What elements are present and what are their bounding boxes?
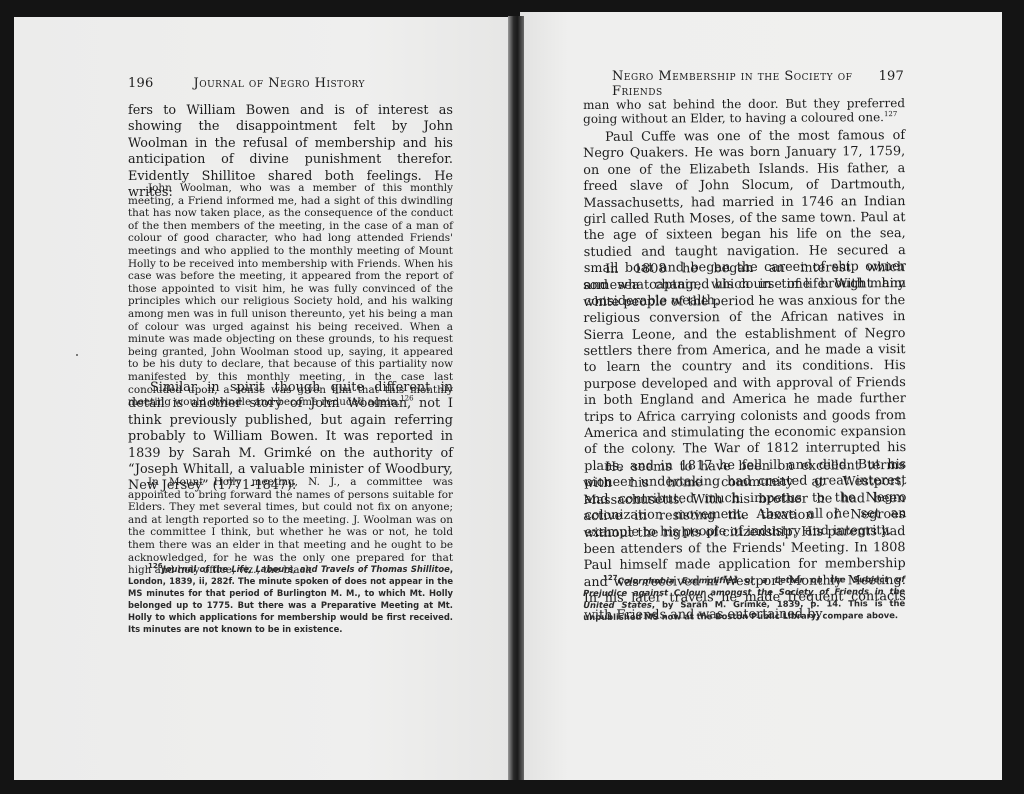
paragraph-body: man who sat behind the door. But they pr…	[583, 96, 905, 126]
footnote-text: 127Colorphobia Exemplified or a Letter o…	[583, 573, 905, 623]
right-page-number: 197	[879, 69, 904, 84]
right-article-title: Negro Membership in the Society of Frien…	[612, 69, 879, 99]
right-running-head: Negro Membership in the Society of Frien…	[612, 69, 904, 99]
footnote-title: Journal of the Life, Labours, and Travel…	[163, 564, 450, 574]
left-block-quote-2: In Mount Holly meeting, N. J., a committ…	[128, 476, 453, 577]
quote-text: John Woolman, who was a member of this m…	[128, 182, 453, 409]
footnote-127: 127Colorphobia Exemplified or a Letter o…	[583, 573, 905, 623]
footnote-number: 127	[603, 574, 618, 582]
book-gutter	[508, 16, 524, 780]
footnote-body: , London, 1839, ii, 282f. The minute spo…	[128, 564, 453, 634]
footnote-text: 126Journal of the Life, Labours, and Tra…	[128, 563, 453, 635]
footnote-number: 126	[148, 562, 163, 570]
footnote-ref-127[interactable]: 127	[884, 110, 897, 118]
footnote-126: 126Journal of the Life, Labours, and Tra…	[128, 563, 453, 635]
scan-speck	[76, 354, 78, 356]
paragraph-text: man who sat behind the door. But they pr…	[583, 96, 905, 126]
quote-text: In Mount Holly meeting, N. J., a committ…	[128, 476, 453, 577]
right-paragraph-0: man who sat behind the door. But they pr…	[583, 96, 905, 126]
left-journal-title: Journal of Negro History	[194, 76, 366, 91]
quote-body: John Woolman, who was a member of this m…	[128, 182, 453, 408]
left-running-head: 196 Journal of Negro History	[128, 76, 453, 91]
left-page-number: 196	[128, 76, 153, 91]
left-block-quote-1: John Woolman, who was a member of this m…	[128, 182, 453, 409]
